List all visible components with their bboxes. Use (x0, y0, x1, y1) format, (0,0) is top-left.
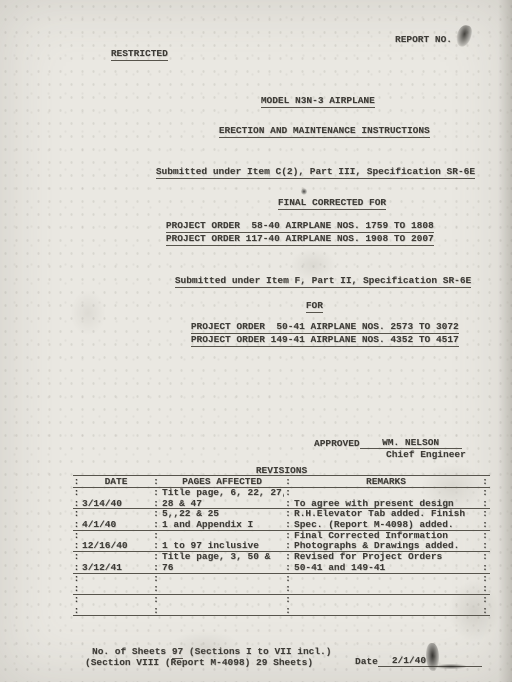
revision-pages: 28 & 47 (160, 499, 284, 510)
column-separator: : (480, 606, 490, 617)
project-order-text: PROJECT ORDER 117-40 AIRPLANE NOS. 1908 … (166, 233, 434, 246)
revision-remarks: Revised for Project Orders (292, 552, 480, 563)
revision-row: :::: (73, 574, 490, 585)
date-value: 2/1/40 (378, 655, 482, 667)
revision-remarks (292, 595, 480, 606)
revision-row: :::: (73, 584, 490, 595)
revision-row: :3/14/40:28 & 47:To agree with present d… (73, 499, 490, 510)
revisions-table: REVISIONS : DATE : PAGES AFFECTED : REMA… (73, 465, 490, 616)
column-separator: : (73, 606, 80, 617)
sheets-suffix: (Sections I to VII incl.) (183, 646, 331, 657)
approval-block: APPROVEDWM. NELSON (314, 437, 462, 449)
approver-title: Chief Engineer (386, 449, 466, 460)
column-separator: : (284, 595, 292, 606)
revisions-title: REVISIONS (73, 465, 490, 476)
revision-row: :12/16/40:1 to 97 inclusive:Photographs … (73, 541, 490, 552)
revision-date (80, 531, 152, 542)
sheets-count-line: No. of Sheets 97 (Sections I to VII incl… (92, 646, 331, 657)
sheets-section-line: (Section VIII (Report M-4098) 29 Sheets) (85, 657, 313, 668)
document-title: ERECTION AND MAINTENANCE INSTRUCTIONS (196, 114, 430, 147)
submission1-line: Submitted under Item C(2), Part III, Spe… (133, 155, 475, 188)
project-order-line: PROJECT ORDER 149-41 AIRPLANE NOS. 4352 … (168, 323, 459, 356)
revision-remarks (292, 488, 480, 499)
project-order-line: PROJECT ORDER 117-40 AIRPLANE NOS. 1908 … (143, 222, 434, 255)
revision-row: ::Title page, 3, 50 &:Revised for Projec… (73, 552, 490, 563)
revision-row: :::: (73, 595, 490, 606)
revision-pages: Title page, 3, 50 & (160, 552, 284, 563)
sheets-prefix: No. of Sheets (92, 646, 172, 657)
revisions-header-row: : DATE : PAGES AFFECTED : REMARKS : (73, 476, 490, 488)
revision-date: 3/14/40 (80, 499, 152, 510)
classification-text: RESTRICTED (111, 48, 168, 61)
revision-pages: 5,,22 & 25 (160, 509, 284, 520)
revision-pages (160, 584, 284, 595)
revision-date (80, 595, 152, 606)
model-title: MODEL N3N-3 AIRPLANE (238, 84, 375, 117)
revision-date (80, 488, 152, 499)
revision-remarks (292, 606, 480, 617)
submission1-text: Submitted under Item C(2), Part III, Spe… (156, 166, 475, 179)
revision-date (80, 574, 152, 585)
revision-date: 4/1/40 (80, 520, 152, 531)
revision-date (80, 509, 152, 520)
revision-pages (160, 606, 284, 617)
revision-row: ::5,,22 & 25:R.H.Elevator Tab added. Fin… (73, 509, 490, 520)
scanned-document-page: RESTRICTED REPORT NO. MODEL N3N-3 AIRPLA… (0, 0, 512, 682)
revision-row: :::: (73, 606, 490, 617)
revision-row: :4/1/40:1 and Appendix I:Spec. (Report M… (73, 520, 490, 531)
revision-pages (160, 531, 284, 542)
column-separator: : (152, 563, 160, 574)
revision-remarks: Photographs & Drawings added. (292, 541, 480, 552)
revision-pages: 76 (160, 563, 284, 574)
revision-pages (160, 574, 284, 585)
column-header-date: DATE (80, 476, 152, 488)
revision-row: ::Title page, 6, 22, 27,:: (73, 488, 490, 499)
project-order-text: PROJECT ORDER 149-41 AIRPLANE NOS. 4352 … (191, 334, 459, 347)
revision-pages: Title page, 6, 22, 27, (160, 488, 284, 499)
column-separator: : (152, 606, 160, 617)
revision-remarks: To agree with present design (292, 499, 480, 510)
column-separator: : (152, 595, 160, 606)
revision-pages (160, 595, 284, 606)
paper-stain (70, 290, 106, 336)
revision-date (80, 584, 152, 595)
submission2-text: Submitted under Item F, Part II, Specifi… (175, 275, 471, 288)
revision-row: :3/12/41:76:50-41 and 149-41: (73, 563, 490, 574)
revision-date (80, 552, 152, 563)
revision-date (80, 606, 152, 617)
column-header-pages: PAGES AFFECTED (160, 476, 284, 488)
column-separator: : (480, 563, 490, 574)
revision-row: :::Final Corrected Information: (73, 531, 490, 542)
revision-remarks: R.H.Elevator Tab added. Finish (292, 509, 480, 520)
revision-date: 3/12/41 (80, 563, 152, 574)
revisions-rows: ::Title page, 6, 22, 27,:::3/14/40:28 & … (73, 488, 490, 616)
date-block: Date2/1/40 (355, 655, 482, 667)
column-header-remarks: REMARKS (292, 476, 480, 488)
approved-label: APPROVED (314, 438, 360, 449)
model-title-text: MODEL N3N-3 AIRPLANE (261, 95, 375, 108)
column-separator: : (480, 595, 490, 606)
column-separator: : (284, 606, 292, 617)
revision-remarks: Final Corrected Information (292, 531, 480, 542)
revision-remarks: 50-41 and 149-41 (292, 563, 480, 574)
column-separator: : (73, 595, 80, 606)
revision-remarks (292, 574, 480, 585)
date-label: Date (355, 656, 378, 667)
revision-remarks: Spec. (Report M-4098) added. (292, 520, 480, 531)
ink-stain (455, 24, 474, 49)
revision-pages: 1 and Appendix I (160, 520, 284, 531)
classification-stamp: RESTRICTED (88, 37, 168, 70)
column-separator: : (73, 563, 80, 574)
approver-signature: WM. NELSON (360, 437, 462, 449)
revision-date: 12/16/40 (80, 541, 152, 552)
column-separator: : (284, 563, 292, 574)
revision-pages: 1 to 97 inclusive (160, 541, 284, 552)
page-edge-shadow (498, 0, 512, 682)
document-title-text: ERECTION AND MAINTENANCE INSTRUCTIONS (219, 125, 430, 138)
report-number-label: REPORT NO. (395, 34, 452, 45)
revision-remarks (292, 584, 480, 595)
